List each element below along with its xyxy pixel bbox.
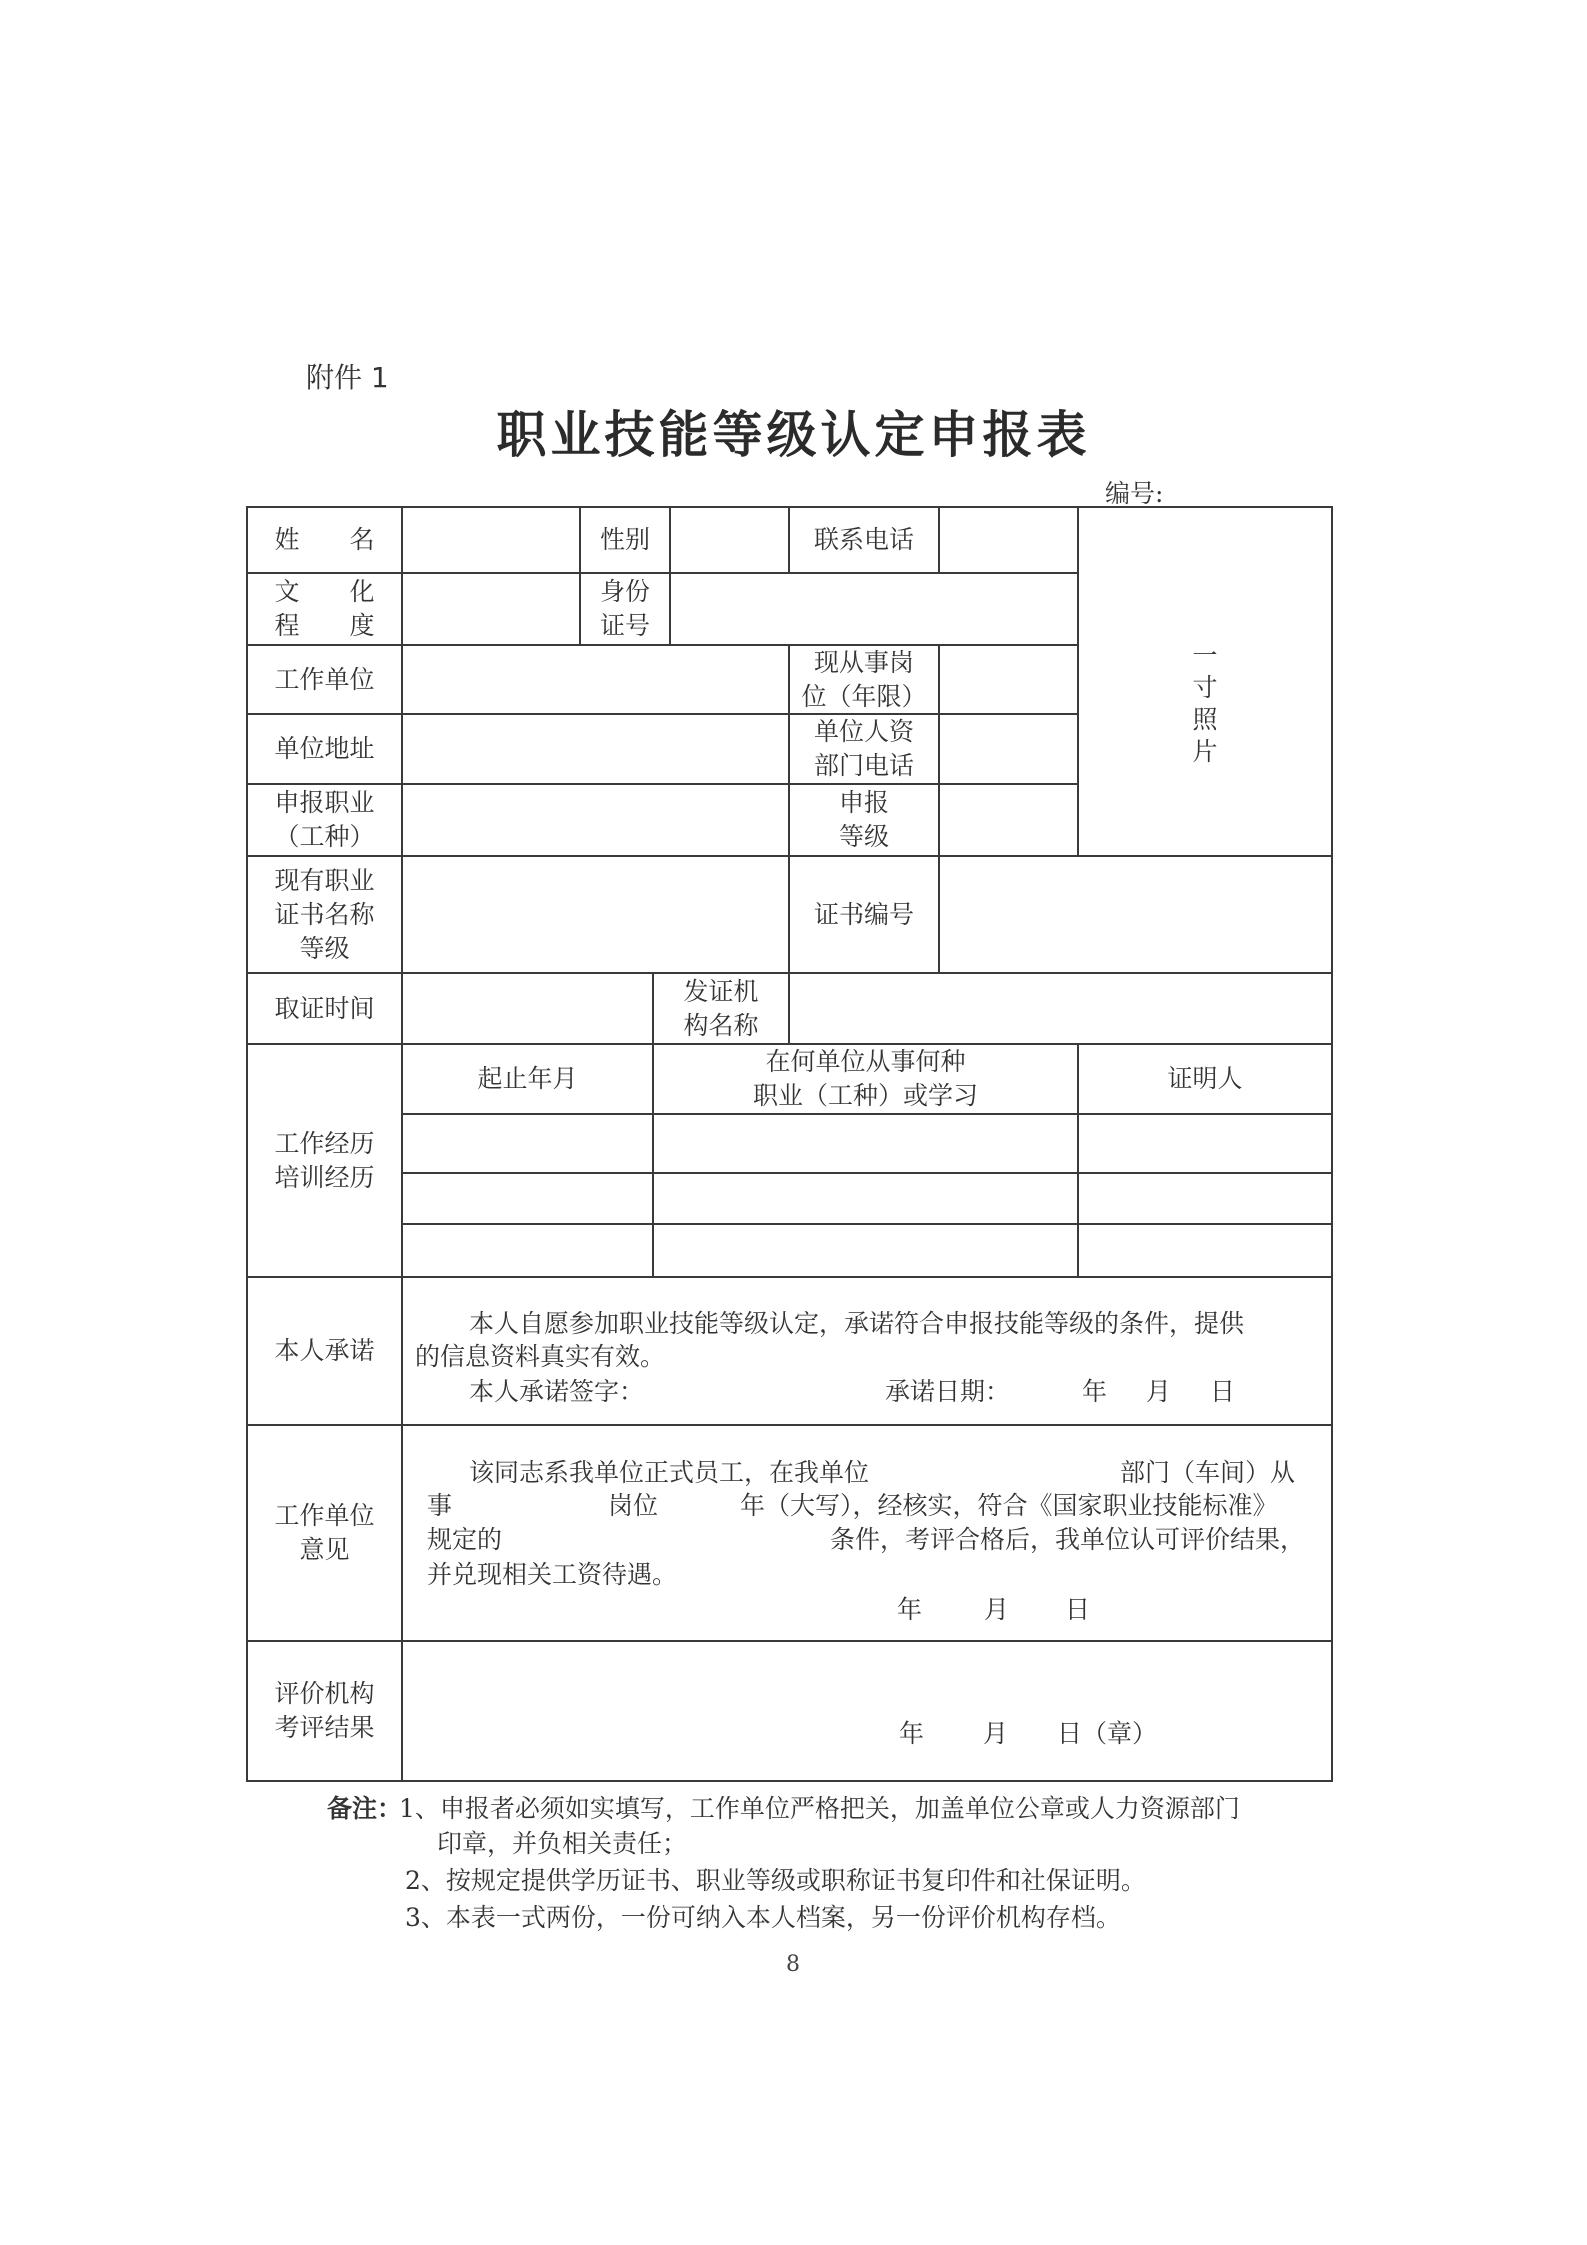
education-label-text: 文 化 [274, 575, 374, 609]
level-label-text: 等级 [839, 820, 889, 854]
commitment-signature-label: 本人承诺签字： [469, 1372, 644, 1408]
eval-label-text: 评价机构 [274, 1677, 374, 1711]
cert-no-label-text: 证书编号 [814, 898, 914, 932]
issue-date-label: 取证时间 [248, 974, 401, 1043]
name-label-text: 姓 名 [274, 523, 374, 557]
history-witness-field[interactable] [1079, 1174, 1331, 1223]
history-header-text: 在何单位从事何种 [765, 1045, 965, 1079]
employer-opinion-label: 工作单位 意见 [248, 1426, 401, 1640]
certificate-name-label: 现有职业 证书名称 等级 [248, 857, 401, 972]
opinion-label-text: 意见 [299, 1533, 349, 1567]
history-header-text: 职业（工种）或学习 [753, 1079, 978, 1113]
issuer-field[interactable] [790, 974, 1331, 1043]
cert-name-label-text: 现有职业 [274, 864, 374, 898]
commitment-text-line-2: 的信息资料真实有效。 [415, 1337, 665, 1373]
history-unit-field[interactable] [654, 1225, 1077, 1276]
issue-date-field[interactable] [403, 974, 652, 1043]
opinion-line-3b: 条件，考评合格后，我单位认可评价结果， [830, 1520, 1305, 1556]
page-title: 职业技能等级认定申报表 [0, 395, 1587, 467]
opinion-department-field[interactable] [915, 1447, 1115, 1485]
cert-name-label-text: 等级 [299, 932, 349, 966]
eval-label-text: 考评结果 [274, 1711, 374, 1745]
id-label-text: 身份 [600, 575, 650, 609]
position-label-text: 现从事岗 [814, 646, 914, 680]
history-period-field[interactable] [403, 1225, 652, 1276]
history-unit-field[interactable] [654, 1174, 1077, 1223]
employer-label-text: 工作单位 [274, 663, 374, 697]
commitment-text-line-1: 本人自愿参加职业技能等级认定，承诺符合申报技能等级的条件，提供 [469, 1304, 1244, 1340]
history-witness-field[interactable] [1079, 1225, 1331, 1276]
row-line [246, 1424, 1333, 1426]
gender-label-text: 性别 [600, 523, 650, 557]
evaluation-result-label: 评价机构 考评结果 [248, 1642, 401, 1780]
gender-field[interactable] [671, 508, 788, 572]
level-label-text: 申报 [839, 786, 889, 820]
history-header-unit: 在何单位从事何种 职业（工种）或学习 [654, 1045, 1077, 1113]
eval-date-year[interactable]: 年 [899, 1714, 924, 1750]
history-unit-field[interactable] [654, 1115, 1077, 1172]
opinion-label-text: 工作单位 [274, 1499, 374, 1533]
notes-line-1: 1、申报者必须如实填写，工作单位严格把关，加盖单位公章或人力资源部门 [399, 1789, 1240, 1825]
occupation-label-text: （工种） [274, 820, 374, 854]
history-witness-field[interactable] [1079, 1115, 1331, 1172]
opinion-level-field[interactable] [510, 1514, 820, 1552]
eval-date-day-seal[interactable]: 日（章） [1057, 1714, 1157, 1750]
issue-date-label-text: 取证时间 [274, 992, 374, 1026]
gender-label: 性别 [581, 508, 669, 572]
history-header-period: 起止年月 [403, 1045, 652, 1113]
education-field[interactable] [403, 574, 579, 644]
photo-label-char: 照 [1192, 705, 1217, 734]
education-label-text: 程 度 [274, 609, 374, 643]
notes-line-3: 3、本表一式两份，一份可纳入本人档案，另一份评价机构存档。 [405, 1898, 1121, 1934]
commitment-date-month[interactable]: 月 [1146, 1372, 1171, 1408]
id-label-text: 证号 [600, 609, 650, 643]
occupation-label: 申报职业 （工种） [248, 785, 401, 855]
opinion-date-year[interactable]: 年 [897, 1590, 922, 1626]
history-header-text: 起止年月 [477, 1062, 577, 1096]
history-label-text: 培训经历 [274, 1161, 374, 1195]
opinion-date-month[interactable]: 月 [984, 1590, 1009, 1626]
eval-date-month[interactable]: 月 [983, 1714, 1008, 1750]
photo-label-char: 片 [1192, 737, 1217, 766]
issuer-label-text: 发证机 [683, 975, 758, 1009]
photo-label-char: 寸 [1192, 673, 1217, 702]
notes-line-1-continued: 印章，并负相关责任； [437, 1824, 687, 1860]
commitment-date-day[interactable]: 日 [1210, 1372, 1235, 1408]
employer-field[interactable] [403, 646, 788, 713]
commitment-label-text: 本人承诺 [274, 1334, 374, 1368]
certificate-number-field[interactable] [940, 857, 1331, 972]
issuer-label-text: 构名称 [683, 1009, 758, 1043]
history-header-witness: 证明人 [1079, 1045, 1331, 1113]
address-label: 单位地址 [248, 715, 401, 783]
opinion-line-4: 并兑现相关工资待遇。 [427, 1555, 677, 1591]
address-field[interactable] [403, 715, 788, 783]
position-label-text: 位（年限） [801, 680, 926, 714]
name-field[interactable] [403, 508, 579, 572]
history-label: 工作经历 培训经历 [248, 1045, 401, 1276]
opinion-line-2c: 年（大写），经核实，符合《国家职业技能标准》 [740, 1486, 1278, 1522]
employer-label: 工作单位 [248, 646, 401, 713]
commitment-label: 本人承诺 [248, 1278, 401, 1424]
page-number: 8 [786, 1952, 800, 1977]
issuer-label: 发证机 构名称 [654, 974, 788, 1043]
certificate-name-field[interactable] [403, 857, 788, 972]
evaluation-result-field[interactable] [403, 1642, 1331, 1702]
certificate-number-label: 证书编号 [790, 857, 938, 972]
position-years-label: 现从事岗 位（年限） [790, 646, 938, 713]
occupation-label-text: 申报职业 [274, 786, 374, 820]
level-label: 申报 等级 [790, 785, 938, 855]
history-period-field[interactable] [403, 1174, 652, 1223]
commitment-date-year[interactable]: 年 [1082, 1372, 1107, 1408]
level-field[interactable] [940, 785, 1077, 855]
cert-name-label-text: 证书名称 [274, 898, 374, 932]
notes-line-2: 2、按规定提供学历证书、职业等级或职称证书复印件和社保证明。 [405, 1861, 1146, 1897]
annex-label: 附件 1 [306, 356, 389, 396]
history-label-text: 工作经历 [274, 1127, 374, 1161]
phone-label-text: 联系电话 [814, 523, 914, 557]
notes-heading: 备注： [327, 1789, 402, 1825]
name-label: 姓 名 [248, 508, 401, 572]
photo-label-char: 一 [1192, 641, 1217, 670]
opinion-post-field[interactable] [460, 1480, 600, 1518]
opinion-date-day[interactable]: 日 [1065, 1590, 1090, 1626]
table-border-bottom [246, 1780, 1333, 1782]
position-years-field[interactable] [940, 646, 1077, 713]
occupation-field[interactable] [403, 785, 788, 855]
opinion-line-1b: 部门（车间）从 [1120, 1453, 1295, 1489]
commitment-date-label: 承诺日期： [885, 1372, 1010, 1408]
table-border-right [1331, 506, 1333, 1782]
opinion-line-3a: 规定的 [427, 1520, 502, 1556]
serial-number-label: 编号: [1105, 474, 1163, 510]
address-label-text: 单位地址 [274, 732, 374, 766]
phone-label: 联系电话 [790, 508, 938, 572]
opinion-years-field[interactable] [662, 1480, 732, 1518]
id-number-label: 身份 证号 [581, 574, 669, 644]
hr-phone-label: 单位人资 部门电话 [790, 715, 938, 783]
education-label: 文 化 程 度 [248, 574, 401, 644]
photo-placeholder-label: 一 寸 照 片 [1190, 640, 1220, 768]
hr-phone-label-text: 单位人资 [814, 715, 914, 749]
commitment-signature-field[interactable] [650, 1366, 870, 1404]
phone-field[interactable] [940, 508, 1077, 572]
id-number-field[interactable] [671, 574, 1077, 644]
opinion-line-2a: 事 [427, 1486, 452, 1522]
hr-phone-field[interactable] [940, 715, 1077, 783]
history-header-text: 证明人 [1167, 1062, 1242, 1096]
hr-phone-label-text: 部门电话 [814, 749, 914, 783]
history-period-field[interactable] [403, 1115, 652, 1172]
row-line [246, 1276, 1333, 1278]
